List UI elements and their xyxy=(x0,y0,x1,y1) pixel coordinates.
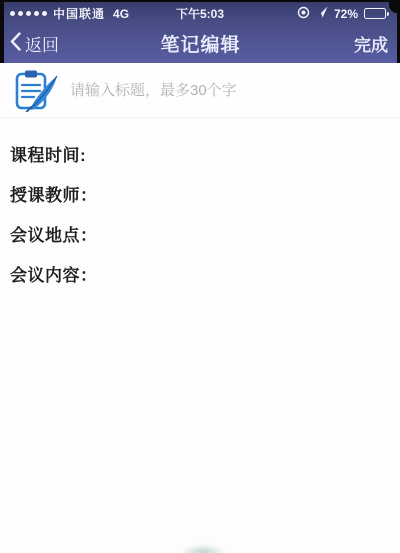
label-course-time: 课程时间: xyxy=(10,146,400,165)
label-meeting-content: 会议内容： xyxy=(10,266,400,285)
screen-edge-top xyxy=(0,0,400,2)
rotation-lock-icon xyxy=(297,6,310,22)
clipboard-pen-icon xyxy=(12,68,60,112)
status-bar: 中国联通 4G 下午5:03 72% xyxy=(6,3,394,24)
status-right-cluster: 72% xyxy=(297,6,394,22)
screen-edge-left xyxy=(0,0,4,63)
location-arrow-icon xyxy=(316,6,328,21)
page-title: 笔记编辑 xyxy=(4,30,397,57)
note-edit-screen: 中国联通 4G 下午5:03 72% 返回 xyxy=(0,0,400,553)
nav-bar: 返回 笔记编辑 完成 xyxy=(4,24,397,63)
note-body[interactable]: 课程时间: 授课教师： 会议地点： 会议内容： xyxy=(0,118,400,306)
note-title-input[interactable] xyxy=(68,81,368,100)
network-type-label: 4G xyxy=(113,7,129,21)
label-teacher: 授课教师： xyxy=(10,186,400,205)
header: 中国联通 4G 下午5:03 72% 返回 xyxy=(0,0,400,63)
chevron-left-icon xyxy=(10,32,21,56)
battery-icon xyxy=(364,8,386,19)
carrier-label: 中国联通 xyxy=(53,5,105,22)
bottom-partial-logo xyxy=(180,544,226,553)
signal-strength-icon xyxy=(10,11,47,16)
battery-percent-label: 72% xyxy=(334,7,358,21)
done-button[interactable]: 完成 xyxy=(354,31,397,56)
label-meeting-place: 会议地点： xyxy=(10,226,400,245)
title-input-row xyxy=(0,63,400,118)
back-button[interactable]: 返回 xyxy=(4,31,59,56)
back-button-label: 返回 xyxy=(25,31,59,56)
